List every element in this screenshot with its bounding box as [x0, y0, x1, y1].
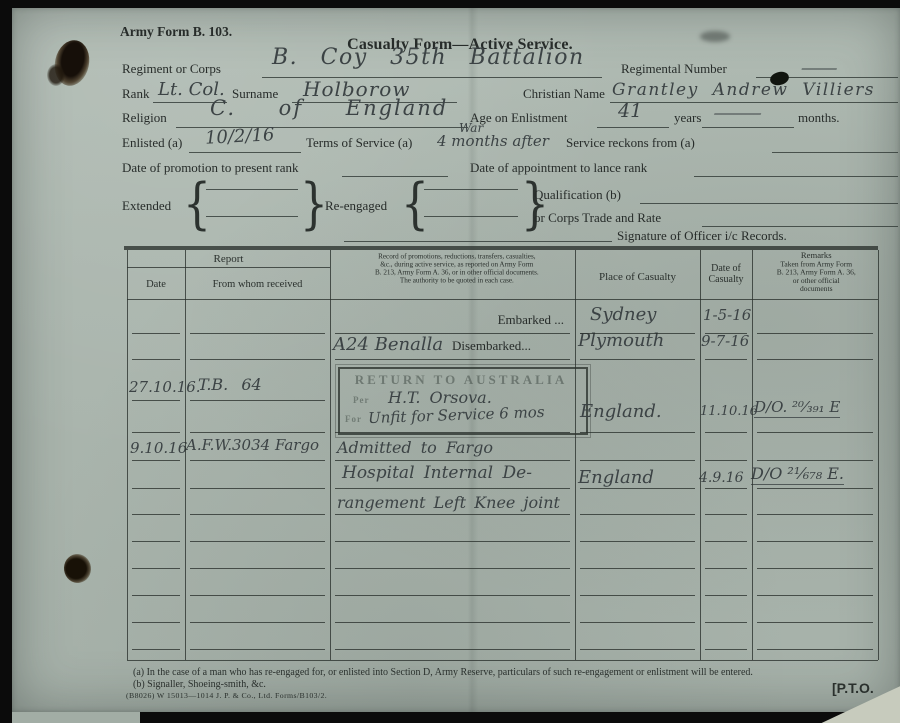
- table-row-line: [757, 622, 873, 623]
- scanned-casualty-form: Army Form B. 103. Casualty Form—Active S…: [0, 0, 900, 723]
- date-header: Date: [127, 279, 185, 290]
- record-entry-line: Hospital Internal De-: [342, 463, 532, 483]
- remarks-reference: D/O. ²⁰⁄₃₉₁ E: [754, 398, 840, 418]
- table-row-line: [190, 622, 325, 623]
- table-row-line: [580, 568, 695, 569]
- months-label: months.: [798, 110, 840, 126]
- table-row-line: [757, 541, 873, 542]
- remarks-title: Remarks: [754, 252, 879, 260]
- remarks-sub-line: or other official: [754, 277, 879, 285]
- remarks-sub-line: B. 213, Army Form A. 36,: [754, 269, 879, 277]
- extended-blank-box: [206, 189, 298, 217]
- table-column-line: [752, 250, 753, 660]
- table-header-bottom: [127, 299, 878, 300]
- religion-value: C. of England: [210, 96, 448, 120]
- printer-imprint: (B8026) W 15013—1014 J. P. & Co., Ltd. F…: [126, 692, 327, 701]
- report-source: T.B. 64: [198, 375, 262, 394]
- table-row-line: [580, 460, 695, 461]
- ship-per-value: H.T. Orsova.: [388, 388, 492, 407]
- table-row-line: [335, 460, 570, 461]
- table-row-line: [132, 622, 180, 623]
- table-row-line: [132, 333, 180, 334]
- ship-name: A24 Benalla: [333, 334, 443, 355]
- table-column-line: [575, 250, 576, 660]
- months-dash: —: [712, 103, 763, 122]
- form-number: Army Form B. 103.: [120, 24, 232, 40]
- ink-smudge: [700, 31, 730, 42]
- table-row-line: [757, 460, 873, 461]
- disembarked-date: 9-7-16: [701, 332, 749, 350]
- table-row-line: [580, 359, 695, 360]
- casualty-date: 4.9.16: [699, 470, 744, 486]
- extended-label: Extended: [122, 198, 171, 214]
- table-row-line: [335, 649, 570, 650]
- table-row-line: [580, 432, 695, 433]
- christian-name-value: Grantley Andrew Villiers: [612, 80, 875, 100]
- field-line: [640, 203, 898, 204]
- table-row-line: [580, 622, 695, 623]
- table-row-line: [580, 514, 695, 515]
- table-row-line: [757, 514, 873, 515]
- remarks-sub-line: documents: [754, 285, 879, 293]
- table-row-line: [335, 333, 570, 334]
- table-row-line: [757, 595, 873, 596]
- punch-hole-top-fragment: [47, 64, 65, 86]
- religion-label: Religion: [122, 110, 167, 126]
- table-row-line: [190, 460, 325, 461]
- record-header: Record of promotions, reductions, transf…: [336, 253, 578, 284]
- table-row-line: [132, 488, 180, 489]
- table-row-line: [335, 595, 570, 596]
- remarks-header: Remarks Taken from Army Form B. 213, Arm…: [754, 252, 879, 293]
- lance-rank-date-label: Date of appointment to lance rank: [470, 160, 647, 176]
- table-row-line: [757, 649, 873, 650]
- table-row-line: [335, 488, 570, 489]
- table-row-line: [132, 359, 180, 360]
- table-top-rule: [124, 246, 878, 250]
- table-row-line: [335, 568, 570, 569]
- table-column-line: [185, 250, 186, 660]
- table-row-line: [190, 400, 325, 401]
- table-column-line: [878, 250, 879, 660]
- terms-value: 4 months after: [437, 132, 549, 150]
- table-row-line: [335, 359, 570, 360]
- terms-of-service-label: Terms of Service (a): [306, 135, 412, 151]
- age-value: 41: [618, 100, 642, 122]
- table-row-line: [190, 541, 325, 542]
- table-row-line: [132, 400, 180, 401]
- field-line: [189, 152, 301, 153]
- stamp-title: RETURN TO AUSTRALIA: [344, 372, 578, 388]
- report-date: 9.10.16: [130, 439, 187, 457]
- table-row-line: [132, 649, 180, 650]
- field-line: [772, 152, 898, 153]
- report-source: A.F.W.3034 Fargo: [186, 436, 319, 454]
- table-row-line: [705, 541, 747, 542]
- casualty-place: England.: [580, 401, 662, 422]
- table-row-line: [190, 514, 325, 515]
- table-row-line: [705, 460, 747, 461]
- table-row-line: [190, 595, 325, 596]
- brace-close: }: [300, 173, 328, 237]
- table-row-line: [335, 514, 570, 515]
- christian-name-label: Christian Name: [523, 86, 605, 102]
- stamp-per-label: Per: [353, 395, 370, 405]
- table-row-line: [132, 432, 180, 433]
- regiment-label: Regiment or Corps: [122, 61, 221, 77]
- table-row-line: [132, 460, 180, 461]
- reengaged-blank-box: [424, 189, 518, 217]
- table-row-line: [705, 514, 747, 515]
- report-header-divider: [127, 267, 330, 268]
- signature-label: Signature of Officer i/c Records.: [617, 228, 787, 244]
- embarked-date: 1-5-16: [703, 306, 751, 324]
- corps-trade-label: or Corps Trade and Rate: [534, 210, 661, 226]
- remarks-reference: D/O ²¹⁄₆₇₈ E.: [751, 464, 844, 485]
- casualty-date: 11.10.16: [700, 404, 758, 419]
- table-row-line: [705, 359, 747, 360]
- pto-marker: [P.T.O.: [832, 680, 874, 696]
- field-line: [597, 127, 669, 128]
- field-line: [342, 176, 448, 177]
- table-row-line: [580, 333, 695, 334]
- record-header-line: &c., during active service, as reported …: [336, 261, 578, 269]
- table-row-line: [705, 432, 747, 433]
- from-whom-header: From whom received: [185, 279, 330, 290]
- field-line: [694, 176, 898, 177]
- table-row-line: [757, 333, 873, 334]
- brace-close: }: [521, 173, 549, 237]
- table-row-line: [580, 649, 695, 650]
- table-row-line: [580, 541, 695, 542]
- qualification-label: Qualification (b): [534, 187, 621, 203]
- table-column-line: [700, 250, 701, 660]
- place-of-casualty-header: Place of Casualty: [575, 271, 700, 283]
- table-row-line: [757, 568, 873, 569]
- table-row-line: [190, 649, 325, 650]
- table-row-line: [132, 541, 180, 542]
- embarked-place: Sydney: [590, 304, 656, 325]
- table-row-line: [132, 595, 180, 596]
- table-row-line: [705, 649, 747, 650]
- regiment-value: B. Coy 35th Battalion: [272, 45, 585, 70]
- record-entry-line: rangement Left Knee joint: [337, 493, 560, 512]
- enlisted-label: Enlisted (a): [122, 135, 182, 151]
- table-row-line: [190, 488, 325, 489]
- table-row-line: [705, 622, 747, 623]
- date-of-casualty-line: Date of: [700, 263, 752, 274]
- table-row-line: [580, 488, 695, 489]
- table-row-line: [705, 333, 747, 334]
- embarked-label: Embarked ...: [430, 312, 564, 328]
- disembarked-label: Disembarked...: [452, 338, 531, 354]
- casualty-place: England: [578, 467, 654, 488]
- table-row-line: [335, 432, 570, 433]
- table-row-line: [757, 488, 873, 489]
- report-header: Report: [127, 253, 330, 265]
- field-line: [702, 226, 898, 227]
- date-of-casualty-line: Casualty: [700, 274, 752, 285]
- table-bottom-border: [127, 660, 878, 661]
- record-entry-line: Admitted to Fargo: [337, 438, 493, 457]
- regimental-number-value: —: [800, 58, 838, 77]
- reengaged-label: Re-engaged: [325, 198, 387, 214]
- years-label: years: [674, 110, 701, 126]
- remarks-sub-line: Taken from Army Form: [754, 260, 879, 268]
- table-row-line: [132, 568, 180, 569]
- table-row-line: [190, 568, 325, 569]
- record-header-line: Record of promotions, reductions, transf…: [336, 253, 578, 261]
- table-row-line: [190, 333, 325, 334]
- stamp-for-label: For: [345, 414, 362, 424]
- table-column-line: [330, 250, 331, 660]
- table-row-line: [705, 568, 747, 569]
- report-date: 27.10.16.: [129, 378, 201, 396]
- table-column-line: [127, 250, 128, 660]
- table-row-line: [757, 359, 873, 360]
- service-reckons-label: Service reckons from (a): [566, 135, 695, 151]
- field-line: [702, 127, 794, 128]
- table-row-line: [132, 514, 180, 515]
- date-of-casualty-header: Date of Casualty: [700, 263, 752, 285]
- table-row-line: [335, 622, 570, 623]
- rank-label: Rank: [122, 86, 149, 102]
- footnote-b: (b) Signaller, Shoeing-smith, &c.: [133, 679, 266, 690]
- paper-bottom-edge: [12, 712, 140, 723]
- regimental-number-label: Regimental Number: [621, 61, 727, 77]
- record-header-line: B. 213, Army Form A. 36, or in other off…: [336, 269, 578, 277]
- footnote-a: (a) In the case of a man who has re-enga…: [133, 667, 753, 678]
- age-label: Age on Enlistment: [470, 110, 568, 126]
- table-row-line: [190, 359, 325, 360]
- table-row-line: [190, 432, 325, 433]
- signature-line: [344, 241, 612, 242]
- table-row-line: [757, 432, 873, 433]
- table-row-line: [705, 595, 747, 596]
- table-row-line: [335, 541, 570, 542]
- table-row-line: [580, 595, 695, 596]
- record-header-line: The authority to be quoted in each case.: [336, 277, 578, 285]
- enlisted-value: 10/2/16: [204, 124, 274, 149]
- table-row-line: [705, 488, 747, 489]
